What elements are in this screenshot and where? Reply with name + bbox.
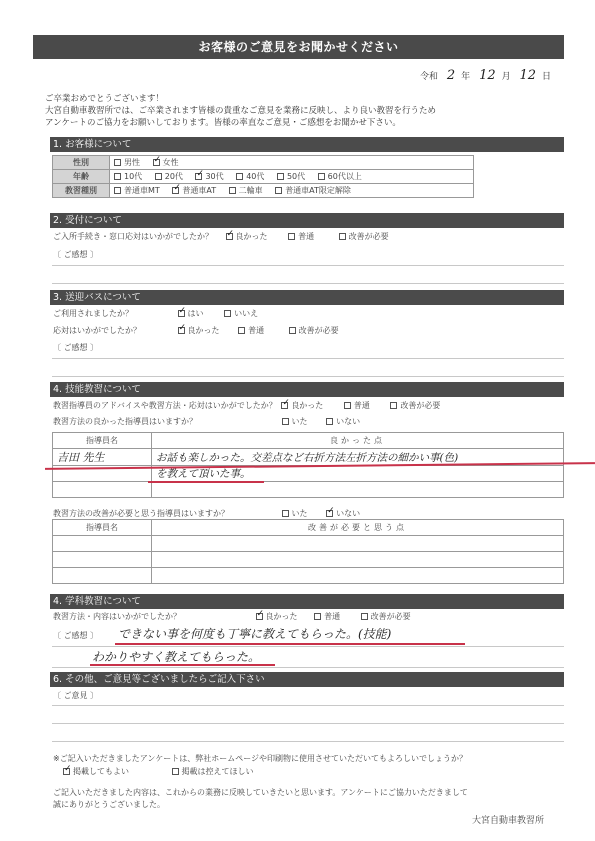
other-comment-label: 〔 ご意見 〕 xyxy=(53,690,98,701)
option-needs-improvement[interactable]: 改善が必要 xyxy=(339,231,389,242)
option-mt[interactable]: 普通車MT xyxy=(114,185,160,196)
option-10s[interactable]: 10代 xyxy=(114,171,142,182)
shuttle-q2-row: 応対はいかがでしたか？ 良かった 普通 改善が必要 xyxy=(53,325,349,336)
instructor-name-cell[interactable] xyxy=(53,568,152,584)
handwriting-underline xyxy=(90,664,275,666)
checkbox-icon[interactable] xyxy=(236,173,243,180)
option-normal[interactable]: 普通 xyxy=(344,400,370,411)
option-good[interactable]: 良かった xyxy=(281,400,323,411)
classroom-comment-label: 〔 ご感想 〕 xyxy=(53,630,98,641)
checkbox-icon[interactable] xyxy=(155,173,162,180)
thanks-line: 誠にありがとうございました。 xyxy=(53,799,165,810)
checkbox-checked-icon[interactable] xyxy=(281,402,288,409)
option-absent[interactable]: いない xyxy=(326,416,360,427)
driving-q2-row: 教習方法の良かった指導員はいますか？ いた いない xyxy=(53,416,370,427)
comment-line[interactable] xyxy=(52,358,564,359)
checkbox-checked-icon[interactable] xyxy=(256,613,263,620)
label-age: 年齢 xyxy=(53,170,110,184)
driving-q1: 教習指導員のアドバイスや教習方法・応対はいかがでしたか？ xyxy=(53,401,277,410)
section-header-reception: 2. 受付について xyxy=(50,213,564,228)
shuttle-q2: 応対はいかがでしたか？ xyxy=(53,325,153,336)
col-good-points: 良かった点 xyxy=(152,433,564,449)
improvement-point-cell[interactable] xyxy=(152,568,564,584)
checkbox-icon[interactable] xyxy=(114,173,121,180)
comment-line[interactable] xyxy=(52,646,564,647)
option-present[interactable]: いた xyxy=(282,416,308,427)
driving-q2: 教習方法の良かった指導員はいますか？ xyxy=(53,416,253,427)
option-present[interactable]: いた xyxy=(282,508,308,519)
checkbox-checked-icon[interactable] xyxy=(226,233,233,240)
table-header-row: 指導員名 良かった点 xyxy=(53,433,564,449)
comment-line[interactable] xyxy=(52,376,564,377)
option-no[interactable]: いいえ xyxy=(224,308,258,319)
option-needs-improvement[interactable]: 改善が必要 xyxy=(361,611,411,622)
comment-line[interactable] xyxy=(52,283,564,284)
driving-q3-row: 教習方法の改善が必要と思う指導員はいますか？ いた いない xyxy=(53,508,370,519)
option-normal[interactable]: 普通 xyxy=(314,611,340,622)
classroom-question: 教習方法・内容はいかがでしたか？ xyxy=(53,611,223,622)
comment-line[interactable] xyxy=(52,705,564,706)
option-allow-publish[interactable]: 掲載してもよい xyxy=(63,766,129,777)
checkbox-checked-icon[interactable] xyxy=(63,768,70,775)
checkbox-checked-icon[interactable] xyxy=(178,310,185,317)
col-instructor-name: 指導員名 xyxy=(53,520,152,536)
thanks-line: ご記入いただきました内容は、これからの業務に反映していきたいと思います。アンケー… xyxy=(53,787,468,798)
handwriting-underline xyxy=(148,481,264,483)
checkbox-icon[interactable] xyxy=(282,510,289,517)
reception-question-row: ご入所手続き・窓口応対はいかがでしたか？ 良かった 普通 改善が必要 xyxy=(53,231,399,242)
section-header-shuttle-bus: 3. 送迎バスについて xyxy=(50,290,564,305)
option-60s-plus[interactable]: 60代以上 xyxy=(318,171,362,182)
comment-line[interactable] xyxy=(52,667,564,668)
page-title: お客様のご意見をお聞かせください xyxy=(33,35,564,59)
row-age: 年齢 10代 20代 30代 40代 50代 60代以上 xyxy=(53,170,474,184)
intro-line: ご卒業おめでとうございます！ xyxy=(45,93,565,105)
checkbox-icon[interactable] xyxy=(339,233,346,240)
col-improvement-points: 改善が必要と思う点 xyxy=(152,520,564,536)
option-40s[interactable]: 40代 xyxy=(236,171,264,182)
option-good[interactable]: 良かった xyxy=(178,325,220,336)
intro-line: 大宮自動車教習所では、ご卒業されます皆様の貴重なご意見を業務に反映し、より良い教… xyxy=(45,105,565,117)
checkbox-checked-icon[interactable] xyxy=(178,327,185,334)
date-day-unit: 日 xyxy=(542,72,551,82)
checkbox-icon[interactable] xyxy=(277,173,284,180)
handwriting-underline xyxy=(115,643,465,645)
date-month-unit: 月 xyxy=(502,72,511,82)
option-good[interactable]: 良かった xyxy=(226,231,268,242)
instructor-name-cell[interactable] xyxy=(53,482,152,498)
row-course-type: 教習種別 普通車MT 普通車AT 二輪車 普通車AT限定解除 xyxy=(53,184,474,198)
section-header-other: 6. その他、ご意見等ございましたらご記入下さい xyxy=(50,672,564,687)
comment-line[interactable] xyxy=(52,265,564,266)
improvement-point-cell[interactable] xyxy=(152,552,564,568)
option-good[interactable]: 良かった xyxy=(256,611,298,622)
customer-info-table: 性別 男性 女性 年齢 10代 20代 30代 40代 50代 60代以上 教習… xyxy=(52,155,474,198)
checkbox-icon[interactable] xyxy=(344,402,351,409)
option-30s[interactable]: 30代 xyxy=(195,171,223,182)
reception-question: ご入所手続き・窓口応対はいかがでしたか？ xyxy=(53,232,213,241)
option-male[interactable]: 男性 xyxy=(114,157,140,168)
label-gender: 性別 xyxy=(53,156,110,170)
intro-line: アンケートのご協力をお願いしております。皆様の率直なご意見・ご感想をお聞かせ下さ… xyxy=(45,117,565,129)
instructor-name-cell[interactable] xyxy=(53,536,152,552)
option-needs-improvement[interactable]: 改善が必要 xyxy=(289,325,339,336)
label-course-type: 教習種別 xyxy=(53,184,110,198)
option-needs-improvement[interactable]: 改善が必要 xyxy=(390,400,440,411)
option-absent[interactable]: いない xyxy=(326,508,360,519)
consent-options-row: 掲載してもよい 掲載は控えてほしい xyxy=(63,766,264,777)
date-year-unit: 年 xyxy=(461,72,470,82)
good-point-cell[interactable] xyxy=(152,482,564,498)
col-instructor-name: 指導員名 xyxy=(53,433,152,449)
classroom-question-row: 教習方法・内容はいかがでしたか？ 良かった 普通 改善が必要 xyxy=(53,611,421,622)
checkbox-icon[interactable] xyxy=(224,310,231,317)
option-normal[interactable]: 普通 xyxy=(238,325,264,336)
option-motorcycle[interactable]: 二輪車 xyxy=(229,185,263,196)
option-at[interactable]: 普通車AT xyxy=(172,185,216,196)
checkbox-icon[interactable] xyxy=(390,402,397,409)
checkbox-icon[interactable] xyxy=(288,233,295,240)
option-female[interactable]: 女性 xyxy=(153,157,179,168)
date-year[interactable]: 2 xyxy=(447,68,455,83)
checkbox-icon[interactable] xyxy=(172,768,179,775)
option-decline-publish[interactable]: 掲載は控えてほしい xyxy=(172,766,254,777)
option-yes[interactable]: はい xyxy=(178,308,204,319)
checkbox-icon[interactable] xyxy=(275,187,282,194)
option-at-limit-removal[interactable]: 普通車AT限定解除 xyxy=(275,185,351,196)
comment-line[interactable] xyxy=(52,741,564,742)
table-row xyxy=(53,552,564,568)
checkbox-icon[interactable] xyxy=(114,187,121,194)
checkbox-checked-icon[interactable] xyxy=(153,159,160,166)
reception-comment-label: 〔 ご感想 〕 xyxy=(53,249,98,260)
improve-instructor-table: 指導員名 改善が必要と思う点 xyxy=(52,519,564,584)
checkbox-icon[interactable] xyxy=(289,327,296,334)
comment-line[interactable] xyxy=(52,723,564,724)
table-row xyxy=(53,536,564,552)
checkbox-icon[interactable] xyxy=(326,418,333,425)
table-header-row: 指導員名 改善が必要と思う点 xyxy=(53,520,564,536)
checkbox-icon[interactable] xyxy=(114,159,121,166)
checkbox-icon[interactable] xyxy=(361,613,368,620)
instructor-name-cell[interactable] xyxy=(53,552,152,568)
checkbox-icon[interactable] xyxy=(282,418,289,425)
checkbox-icon[interactable] xyxy=(314,613,321,620)
section-header-classroom-lessons: 4. 学科教習について xyxy=(50,594,564,609)
instructor-name-cell[interactable]: 吉田 先生 xyxy=(53,449,152,466)
improvement-point-cell[interactable] xyxy=(152,536,564,552)
date-month[interactable]: 12 xyxy=(479,68,496,83)
shuttle-q1: ご利用されましたか？ xyxy=(53,308,153,319)
shuttle-comment-label: 〔 ご感想 〕 xyxy=(53,342,98,353)
table-row xyxy=(53,482,564,498)
classroom-comment-text[interactable]: できない事を何度も丁寧に教えてもらった。(技能) xyxy=(118,625,391,642)
signature: 大宮自動車教習所 xyxy=(472,813,544,826)
option-50s[interactable]: 50代 xyxy=(277,171,305,182)
intro-text: ご卒業おめでとうございます！ 大宮自動車教習所では、ご卒業されます皆様の貴重なご… xyxy=(45,93,565,129)
option-20s[interactable]: 20代 xyxy=(155,171,183,182)
checkbox-checked-icon[interactable] xyxy=(195,173,202,180)
checkbox-checked-icon[interactable] xyxy=(172,187,179,194)
checkbox-icon[interactable] xyxy=(229,187,236,194)
driving-q1-row: 教習指導員のアドバイスや教習方法・応対はいかがでしたか？ 良かった 普通 改善が… xyxy=(53,400,450,411)
driving-q3: 教習方法の改善が必要と思う指導員はいますか？ xyxy=(53,508,267,519)
checkbox-icon[interactable] xyxy=(318,173,325,180)
section-header-driving-lessons: 4. 技能教習について xyxy=(50,382,564,397)
checkbox-icon[interactable] xyxy=(238,327,245,334)
section-header-customer: 1. お客様について xyxy=(50,137,564,152)
table-row xyxy=(53,568,564,584)
checkbox-checked-icon[interactable] xyxy=(326,510,333,517)
option-normal[interactable]: 普通 xyxy=(288,231,314,242)
consent-question: ※ご記入いただきましたアンケートは、弊社ホームページや印刷物に使用させていただい… xyxy=(53,753,467,764)
date-era: 令和 xyxy=(420,72,438,82)
shuttle-q1-row: ご利用されましたか？ はい いいえ xyxy=(53,308,268,319)
classroom-comment-text[interactable]: わかりやすく教えてもらった。 xyxy=(92,648,260,665)
date-field: 令和 2年 12月 12日 xyxy=(420,68,551,83)
row-gender: 性別 男性 女性 xyxy=(53,156,474,170)
date-day[interactable]: 12 xyxy=(520,68,537,83)
